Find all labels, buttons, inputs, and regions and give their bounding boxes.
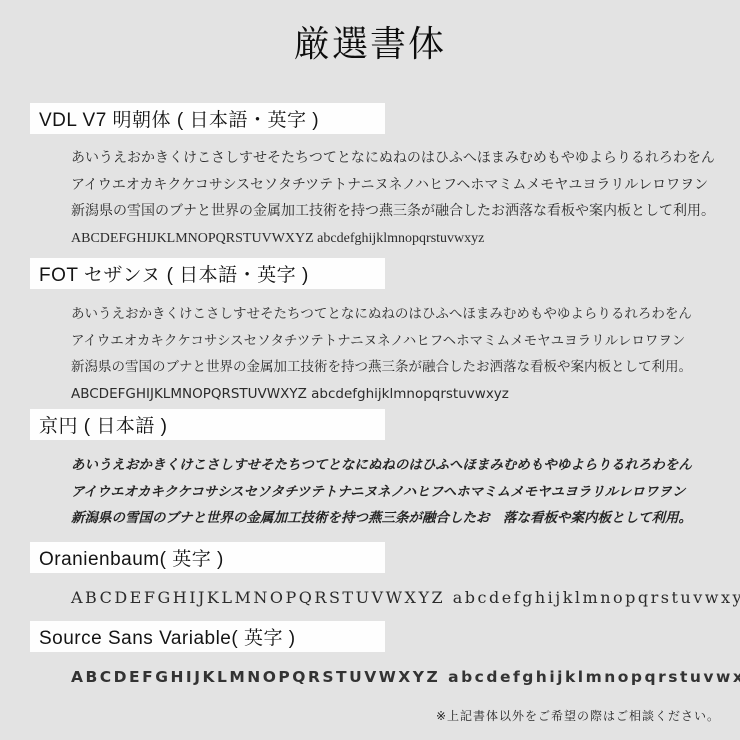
font-label-bar: FOT セザンヌ ( 日本語・英字 )	[30, 258, 385, 289]
font-samples: ABCDEFGHIJKLMNOPQRSTUVWXYZ abcdefghijklm…	[71, 585, 740, 612]
sample-line-latin: ABCDEFGHIJKLMNOPQRSTUVWXYZ abcdefghijklm…	[71, 381, 740, 408]
font-name-label: VDL V7 明朝体 ( 日本語・英字 )	[39, 105, 319, 132]
sample-line-latin: ABCDEFGHIJKLMNOPQRSTUVWXYZ abcdefghijklm…	[71, 664, 740, 691]
font-label-bar: VDL V7 明朝体 ( 日本語・英字 )	[30, 103, 385, 134]
font-section-fot-cezanne: FOT セザンヌ ( 日本語・英字 ) あいうえおかきくけこさしすせそたちつてと…	[30, 258, 740, 407]
font-name-label: 京円 ( 日本語 )	[39, 411, 168, 438]
footer-note: ※上記書体以外をご希望の際はご相談ください。	[436, 707, 720, 724]
font-section-source-sans-variable: Source Sans Variable( 英字 ) ABCDEFGHIJKLM…	[30, 621, 740, 691]
font-label-bar: 京円 ( 日本語 )	[30, 409, 385, 440]
font-specimen-page: 厳選書体 VDL V7 明朝体 ( 日本語・英字 ) あいうえおかきくけこさしす…	[0, 0, 740, 740]
sample-line-kanji-sentence: 新潟県の雪国のブナと世界の金属加工技術を持つ燕三条が融合したお 落な看板や案内板…	[71, 505, 740, 532]
sample-line-hiragana: あいうえおかきくけこさしすせそたちつてとなにぬねのはひふへほまみむめもやゆよらり…	[71, 452, 740, 479]
font-samples: あいうえおかきくけこさしすせそたちつてとなにぬねのはひふへほまみむめもやゆよらり…	[71, 301, 740, 407]
font-section-oranienbaum: Oranienbaum( 英字 ) ABCDEFGHIJKLMNOPQRSTUV…	[30, 542, 740, 612]
font-name-label: FOT セザンヌ ( 日本語・英字 )	[39, 260, 309, 287]
sample-line-katakana: アイウエオカキクケコサシスセソタチツテトナニヌネノハヒフヘホマミムメモヤユヨラリ…	[71, 173, 740, 200]
font-section-vdl-v7-mincho: VDL V7 明朝体 ( 日本語・英字 ) あいうえおかきくけこさしすせそたちつ…	[30, 103, 740, 252]
font-name-label: Source Sans Variable( 英字 )	[39, 623, 296, 650]
font-samples: ABCDEFGHIJKLMNOPQRSTUVWXYZ abcdefghijklm…	[71, 664, 740, 691]
font-name-label: Oranienbaum( 英字 )	[39, 544, 224, 571]
sample-line-katakana: アイウエオカキクケコサシスセソタチツテトナニヌネノハヒフヘホマミムメモヤユヨラリ…	[71, 479, 740, 506]
font-label-bar: Source Sans Variable( 英字 )	[30, 621, 385, 652]
sample-line-hiragana: あいうえおかきくけこさしすせそたちつてとなにぬねのはひふへほまみむめもやゆよらり…	[71, 301, 740, 328]
page-title: 厳選書体	[0, 0, 740, 66]
font-samples: あいうえおかきくけこさしすせそたちつてとなにぬねのはひふへほまみむめもやゆよらり…	[71, 452, 740, 532]
sample-line-latin: ABCDEFGHIJKLMNOPQRSTUVWXYZ abcdefghijklm…	[71, 226, 740, 253]
font-label-bar: Oranienbaum( 英字 )	[30, 542, 385, 573]
font-section-kyoen: 京円 ( 日本語 ) あいうえおかきくけこさしすせそたちつてとなにぬねのはひふへ…	[30, 409, 740, 532]
sample-line-katakana: アイウエオカキクケコサシスセソタチツテトナニヌネノハヒフヘホマミムメモヤユヨラリ…	[71, 328, 740, 355]
sample-line-kanji-sentence: 新潟県の雪国のブナと世界の金属加工技術を持つ燕三条が融合したお洒落な看板や案内板…	[71, 354, 740, 381]
font-samples: あいうえおかきくけこさしすせそたちつてとなにぬねのはひふへほまみむめもやゆよらり…	[71, 146, 740, 252]
sample-line-latin: ABCDEFGHIJKLMNOPQRSTUVWXYZ abcdefghijklm…	[71, 585, 740, 612]
sample-line-hiragana: あいうえおかきくけこさしすせそたちつてとなにぬねのはひふへほまみむめもやゆよらり…	[71, 146, 740, 173]
sample-line-kanji-sentence: 新潟県の雪国のブナと世界の金属加工技術を持つ燕三条が融合したお洒落な看板や案内板…	[71, 199, 740, 226]
